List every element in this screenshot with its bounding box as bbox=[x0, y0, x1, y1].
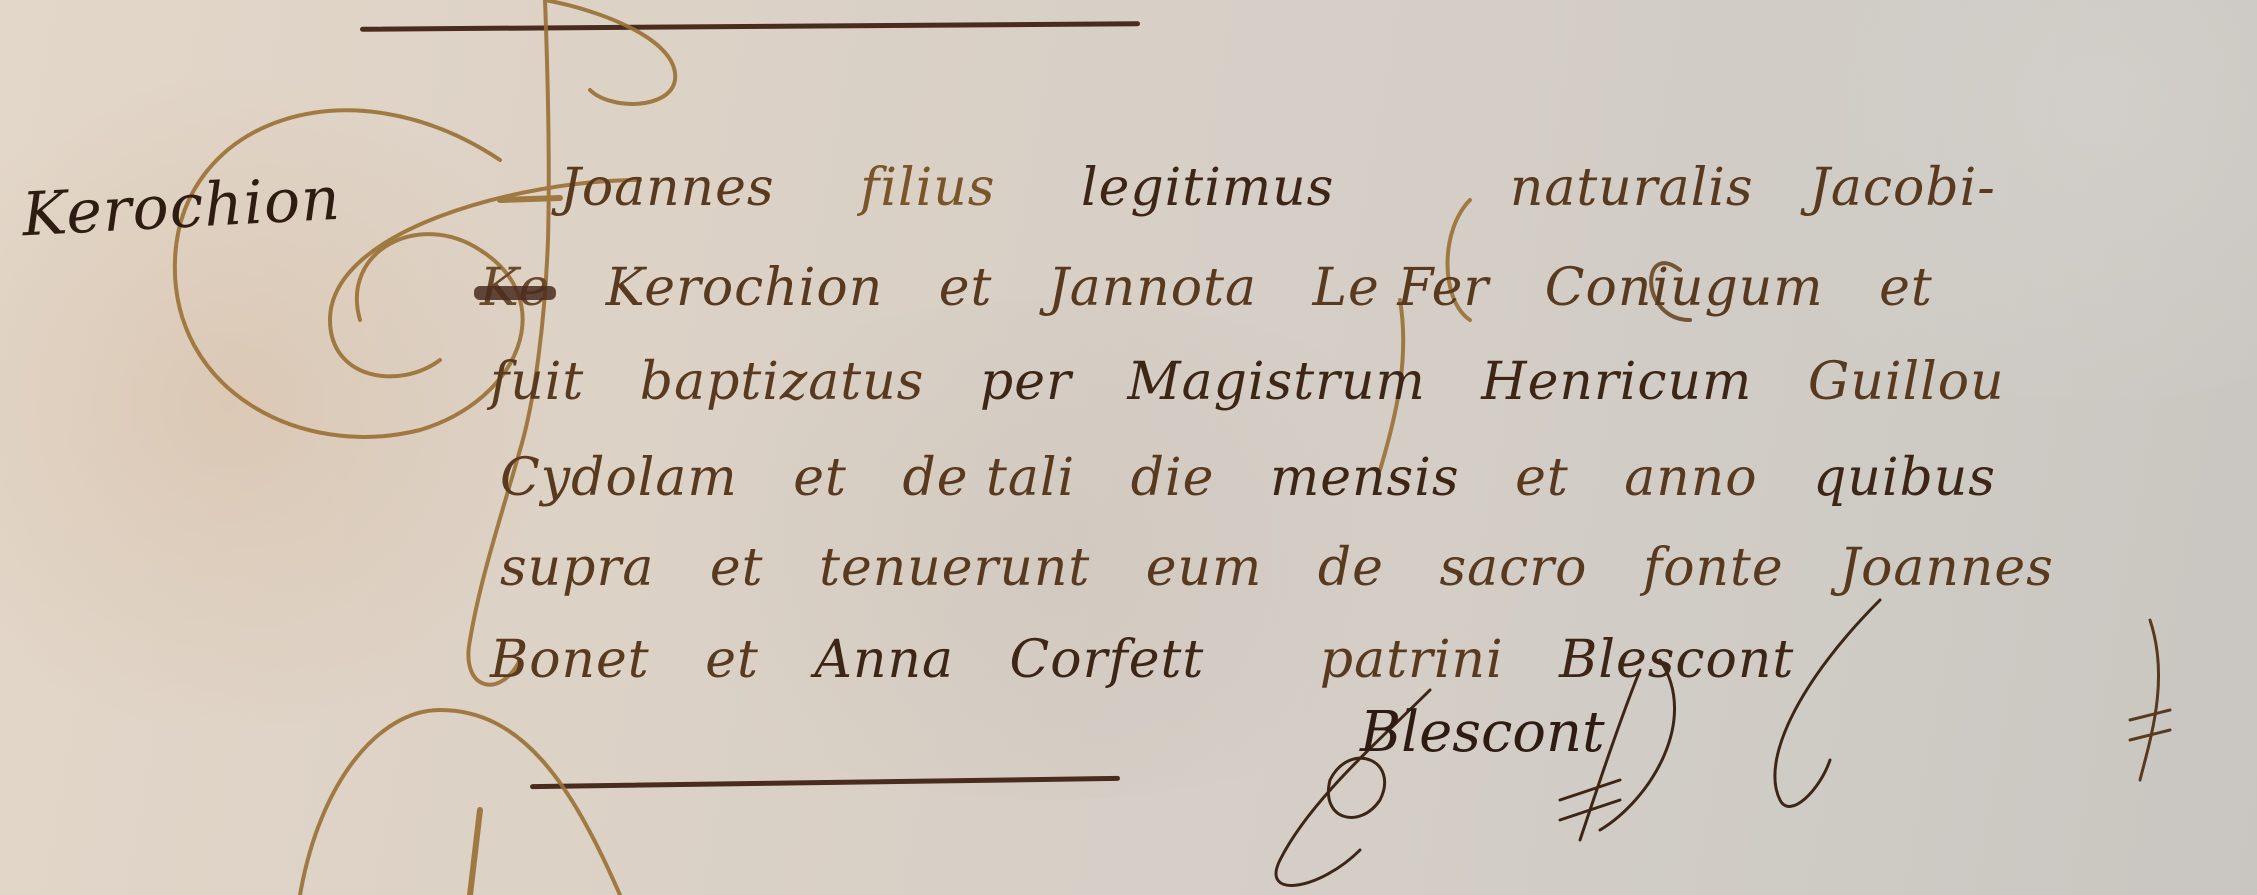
record-word: Le Fer bbox=[1313, 258, 1490, 318]
record-word: et bbox=[1515, 448, 1569, 508]
record-word: Joannes bbox=[560, 158, 775, 218]
record-line-1: Joannes filius legitimus naturalis Jacob… bbox=[560, 158, 2034, 218]
record-word: baptizatus bbox=[640, 352, 925, 412]
record-word: anno bbox=[1624, 448, 1757, 508]
record-word: supra bbox=[500, 538, 654, 598]
record-word: legitimus bbox=[1081, 158, 1334, 218]
record-word: Anna bbox=[814, 630, 954, 690]
record-word: fuit bbox=[490, 352, 584, 412]
record-word: et bbox=[710, 538, 764, 598]
manuscript-page: Kerochion Joannes filius legitimus natur… bbox=[0, 0, 2257, 895]
record-word: Jannota bbox=[1048, 258, 1257, 318]
record-word: Cydolam bbox=[500, 448, 738, 508]
record-word: de tali bbox=[902, 448, 1075, 508]
priest-signature: Blescont bbox=[1360, 700, 1605, 765]
record-line-5: supra et tenuerunt eum de sacro fonte Jo… bbox=[500, 538, 2092, 598]
record-word: sacro bbox=[1439, 538, 1587, 598]
record-word: quibus bbox=[1813, 448, 1996, 508]
record-word: Joannes bbox=[1839, 538, 2054, 598]
record-word: et bbox=[793, 448, 847, 508]
bottom-separator-rule bbox=[530, 776, 1120, 789]
record-word: filius bbox=[860, 158, 995, 218]
record-word: per bbox=[980, 352, 1072, 412]
record-word: Kerochion bbox=[606, 258, 883, 318]
record-word: Corfett bbox=[1010, 630, 1205, 690]
record-word: de bbox=[1318, 538, 1384, 598]
struck-through-text: Ke bbox=[480, 258, 550, 318]
record-line-2: Ke Kerochion et Jannota Le Fer Coniugum … bbox=[480, 258, 1971, 318]
record-word: Bonet bbox=[490, 630, 650, 690]
record-word: Henricum bbox=[1481, 352, 1752, 412]
record-word: naturalis bbox=[1510, 158, 1754, 218]
record-line-6: Bonet et Anna Corfett patrini Blescont bbox=[490, 630, 1832, 690]
record-word: eum bbox=[1146, 538, 1263, 598]
record-word: Magistrum bbox=[1127, 352, 1425, 412]
record-word: et bbox=[705, 630, 759, 690]
record-word: Blescont bbox=[1559, 630, 1794, 690]
record-line-4: Cydolam et de tali die mensis et anno qu… bbox=[500, 448, 2034, 508]
record-line-3: fuit baptizatus per Magistrum Henricum G… bbox=[490, 352, 2043, 412]
record-word: mensis bbox=[1270, 448, 1460, 508]
record-word: Coniugum bbox=[1545, 258, 1824, 318]
top-separator-rule bbox=[360, 21, 1140, 31]
record-word: tenuerunt bbox=[819, 538, 1090, 598]
record-word: Jacobi- bbox=[1809, 158, 1996, 218]
record-word: et bbox=[1879, 258, 1933, 318]
record-word: patrini bbox=[1320, 630, 1504, 690]
record-word: fonte bbox=[1643, 538, 1784, 598]
margin-surname-note: Kerochion bbox=[20, 164, 342, 251]
record-word: et bbox=[939, 258, 993, 318]
record-word: Guillou bbox=[1808, 352, 2005, 412]
record-word: die bbox=[1131, 448, 1215, 508]
